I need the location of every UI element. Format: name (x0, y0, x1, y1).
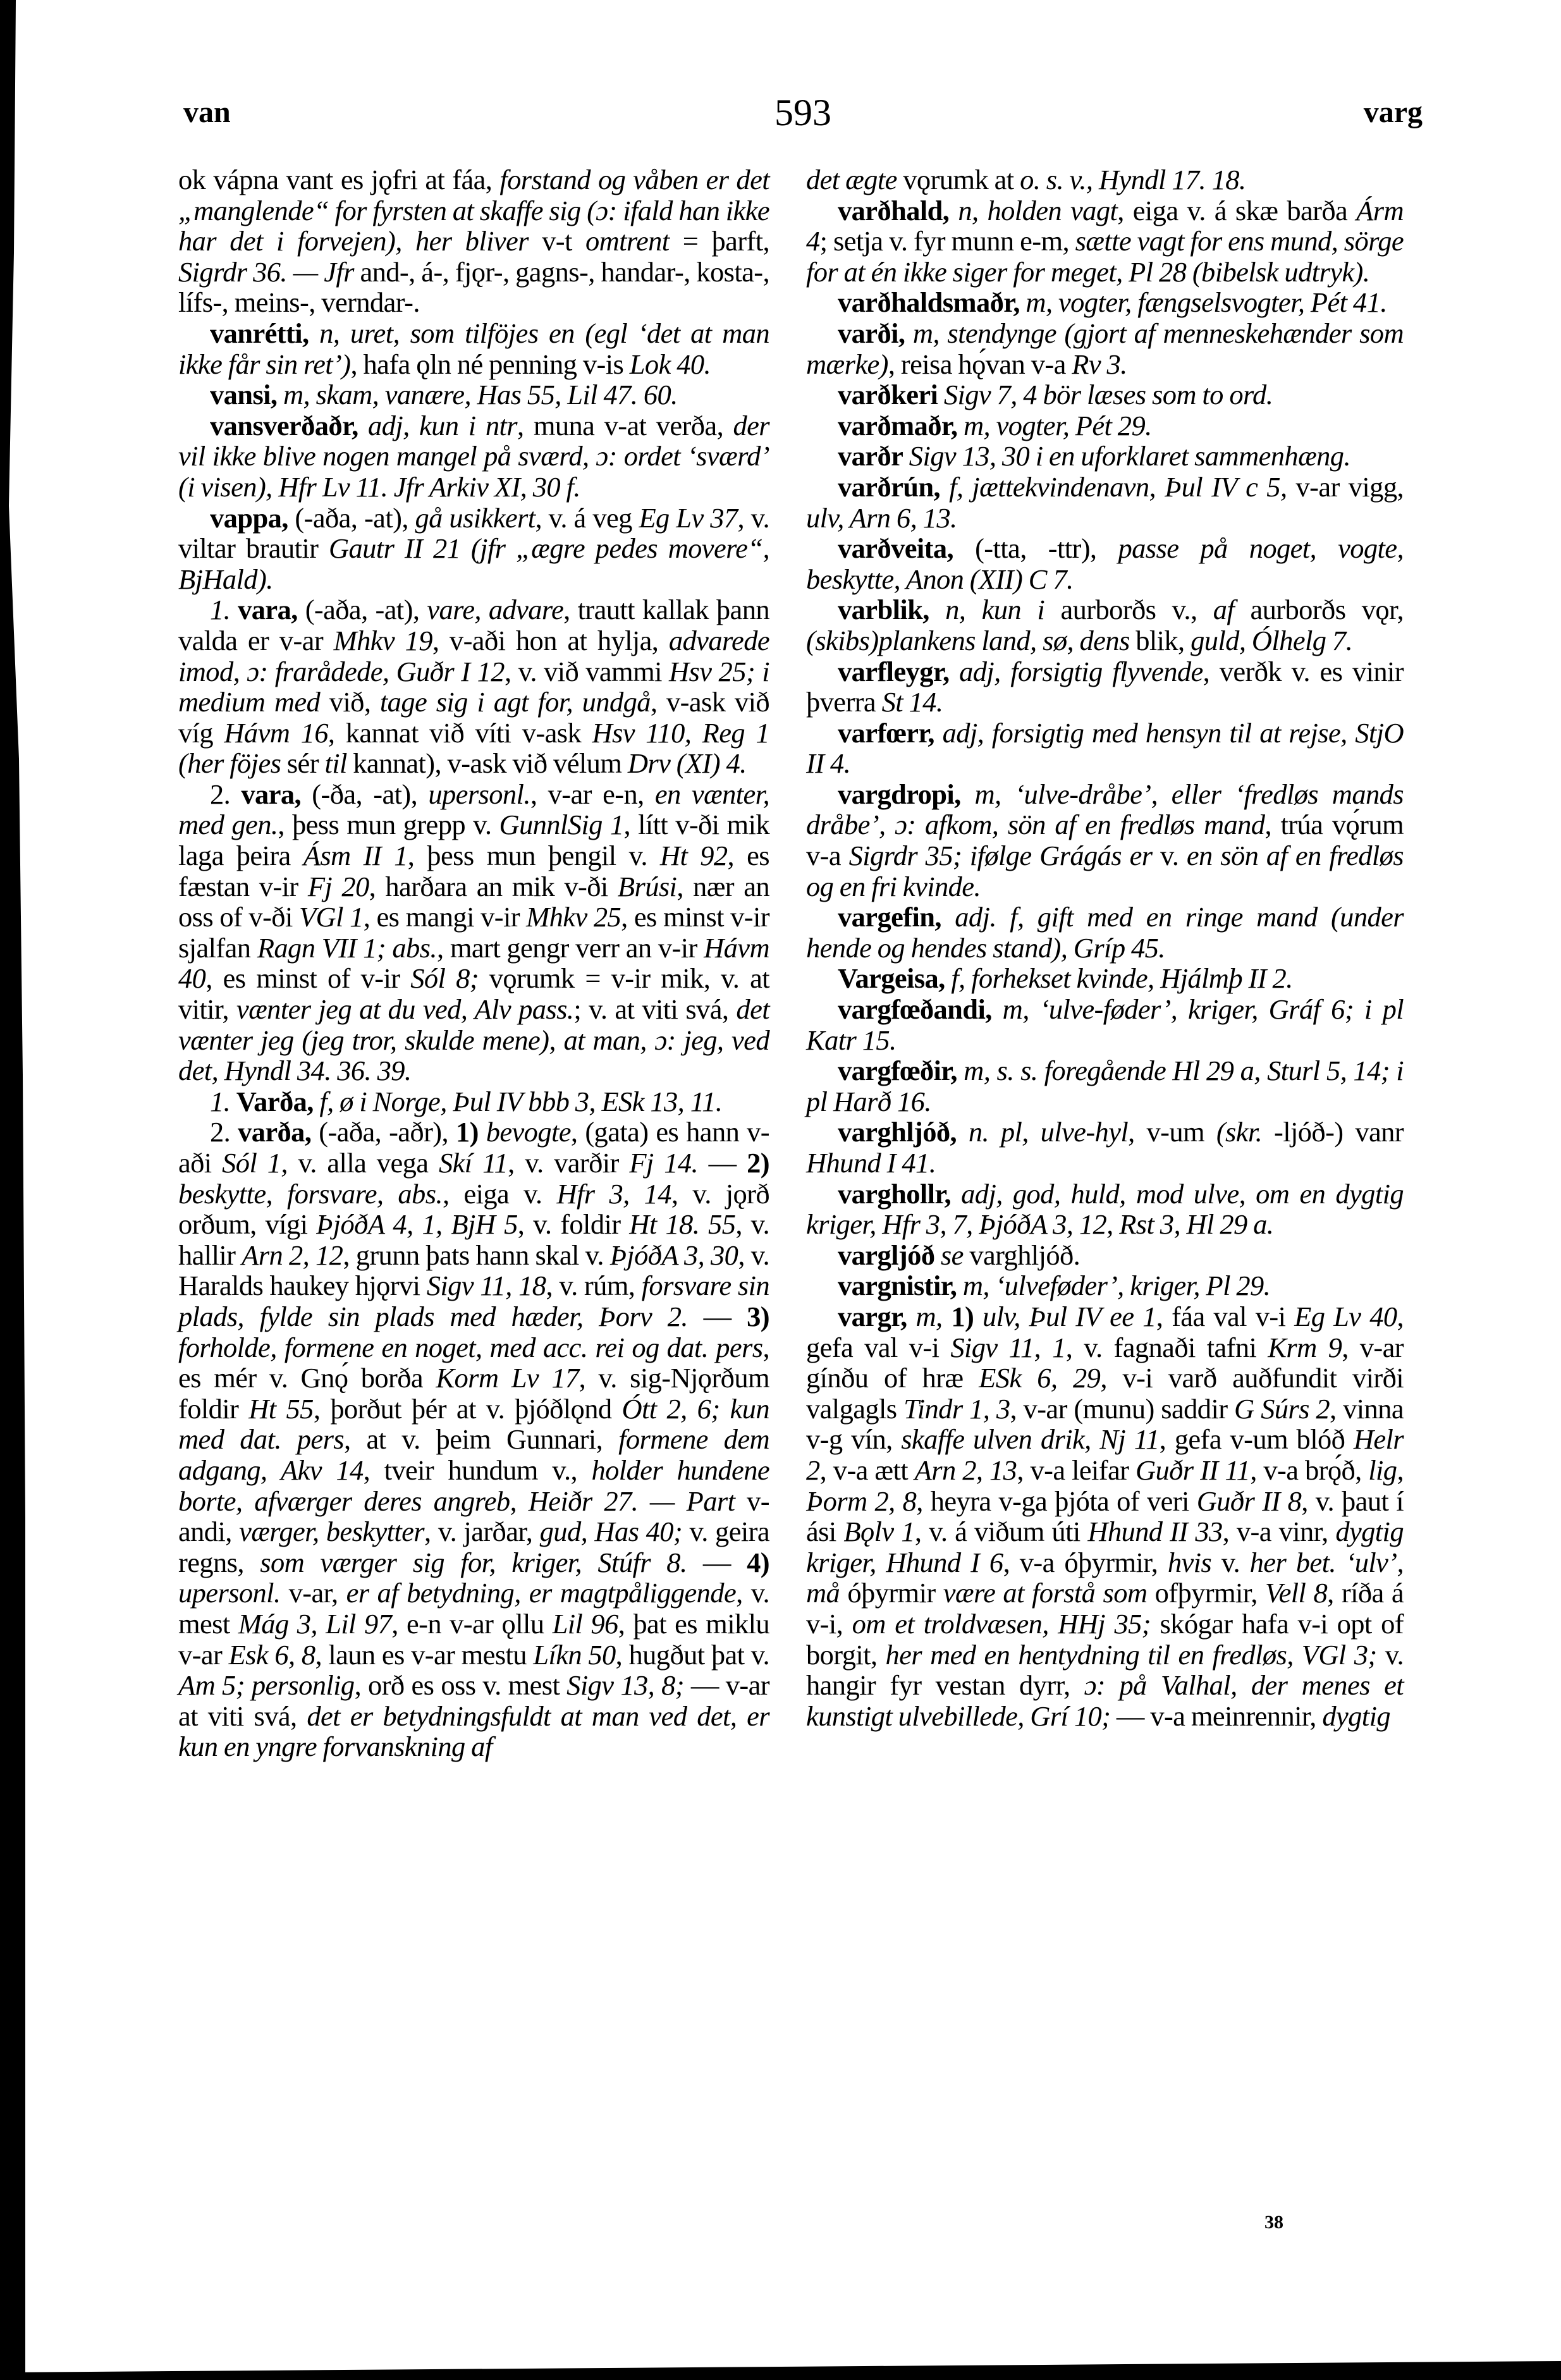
headword: 3) (747, 1301, 769, 1332)
entry-text: — (698, 1147, 747, 1179)
italic-gloss: Rv 3. (1072, 348, 1127, 380)
headword: varðveita, (838, 532, 953, 564)
headword: varfleygr, (838, 656, 949, 687)
headword: varðrún, (838, 471, 940, 503)
entry-text (230, 1086, 236, 1117)
italic-gloss: G Súrs 2 (1234, 1393, 1330, 1425)
italic-gloss: 1. (210, 1086, 230, 1117)
entry-text: , fáa val v-i (1156, 1301, 1294, 1332)
italic-gloss: o. s. v., Hyndl 17. 18. (1020, 164, 1246, 195)
italic-gloss: Ásm II 1 (303, 840, 408, 871)
dictionary-entry: varði, m, stendynge (gjort af menneskehæ… (806, 318, 1404, 379)
headword: vanrétti, (210, 317, 309, 349)
dictionary-column-left: ok vápna vant es jǫfri at fáa, forstand … (178, 164, 769, 1762)
italic-gloss: bevogte (486, 1116, 571, 1148)
entry-text: (-aða, -aðr), (311, 1116, 456, 1148)
entry-text: , v. rúm, (546, 1270, 641, 1301)
dictionary-column-right: det ægte vǫrumk at o. s. v., Hyndl 17. 1… (806, 164, 1404, 1731)
entry-text: , v. foldir (518, 1208, 630, 1240)
italic-gloss: Mág 3, Lil 97 (238, 1608, 391, 1640)
italic-gloss: n, kun i (945, 594, 1044, 625)
headword: vara, (241, 778, 301, 810)
entry-text: , es mangi v-ir (364, 901, 526, 933)
italic-gloss: her med en hentydning til en fredløs, VG… (886, 1639, 1377, 1671)
entry-text (943, 1301, 952, 1332)
italic-gloss: hvis (1168, 1547, 1211, 1578)
entry-text (957, 1270, 963, 1301)
headword: 4) (747, 1547, 769, 1578)
dictionary-entry: Vargeisa, f, forhekset kvinde, Hjálmþ II… (806, 963, 1404, 994)
italic-gloss: n, holden vagt (958, 195, 1117, 226)
entry-text (957, 410, 964, 441)
italic-gloss: Mhkv 19 (334, 625, 432, 656)
italic-gloss: Brúsi (618, 871, 676, 902)
italic-gloss: omtrent (585, 225, 670, 257)
italic-gloss: Líkn 50 (533, 1639, 615, 1671)
italic-gloss: ulv, Arn 6, 13. (806, 502, 957, 534)
entry-text: , eiga v. á skæ barða (1117, 195, 1356, 226)
italic-gloss: GunnlSig 1 (499, 809, 623, 840)
entry-text: 2. (210, 1116, 238, 1148)
dictionary-entry: vansi, m, skam, vanære, Has 55, Lil 47. … (178, 379, 769, 410)
entry-text: 2. (210, 778, 241, 810)
scan-binding-edge (0, 0, 25, 2380)
italic-gloss: se (941, 1239, 964, 1271)
entry-text (934, 1239, 941, 1271)
italic-gloss: Guðr II 8 (1197, 1485, 1302, 1517)
headword: vargfœðandi, (838, 993, 992, 1025)
entry-text: , v-a leifar (1017, 1454, 1136, 1486)
italic-gloss: Drv (XI) 4. (628, 747, 747, 779)
italic-gloss: St 14. (882, 686, 943, 718)
italic-gloss: Mhkv 25 (526, 901, 621, 933)
headword: 2) (747, 1147, 769, 1179)
headword: vargr, (838, 1301, 907, 1332)
italic-gloss: n. pl, ulve-hyl (969, 1116, 1128, 1148)
italic-gloss: m, (915, 1301, 942, 1332)
entry-text (479, 1116, 486, 1148)
italic-gloss: som værger sig for, kriger, Stúfr 8. (260, 1547, 687, 1578)
italic-gloss: Korm Lv 17 (436, 1362, 578, 1394)
italic-gloss: Guðr II 11 (1136, 1454, 1250, 1486)
italic-gloss: Ht 92 (660, 840, 728, 871)
entry-text: sér (281, 747, 324, 779)
entry-text: = þarft, (670, 225, 769, 257)
entry-text: aurborðs vǫr, (1234, 594, 1404, 625)
entry-text: , harðara an mik v-ði (369, 871, 618, 902)
entry-text: v. (1211, 1547, 1250, 1578)
dictionary-entry: varðhaldsmaðr, m, vogter, fængselsvogter… (806, 287, 1404, 318)
italic-gloss: af (1213, 594, 1234, 625)
entry-text: , v. á viðum úti (915, 1516, 1087, 1547)
dictionary-entry: 2. vara, (-ða, -at), upersonl., v-ar e-n… (178, 779, 769, 1086)
italic-gloss: Hfr 3, 14 (556, 1178, 671, 1210)
entry-text: við, (320, 686, 380, 718)
italic-gloss: Sigv 13, 30 i en uforklaret sammenhæng. (909, 440, 1350, 472)
entry-text (974, 1301, 983, 1332)
dictionary-entry: varfleygr, adj, forsigtig flyvende, verð… (806, 656, 1404, 718)
italic-gloss: Fj 14. (629, 1147, 698, 1179)
dictionary-entry: varðkeri Sigv 7, 4 bör læses som to ord. (806, 379, 1404, 410)
italic-gloss: VGl 1 (299, 901, 364, 933)
entry-text: — v-a meinrennir, (1110, 1700, 1322, 1732)
italic-gloss: m, vogter, Pét 29. (964, 410, 1152, 441)
entry-text: v-ar vigg, (1287, 471, 1404, 503)
italic-gloss: Arn 2, 12 (242, 1239, 343, 1271)
entry-continuation: ok vápna vant es jǫfri at fáa, forstand … (178, 164, 769, 318)
entry-text: ; v. at viti svá, (573, 993, 736, 1025)
italic-gloss: Sigv 11, 18 (427, 1270, 546, 1301)
italic-gloss: (skr. (1216, 1116, 1262, 1148)
entry-text (905, 317, 912, 349)
entry-text (929, 594, 945, 625)
entry-text: ; setja v. fyr munn e-m, (820, 225, 1075, 257)
running-head-last-word: varg (1364, 95, 1423, 130)
entry-text (907, 1301, 916, 1332)
entry-text (949, 195, 958, 226)
dictionary-entry: vansverðaðr, adj, kun i ntr, muna v-at v… (178, 410, 769, 503)
headword: varghljóð, (838, 1116, 957, 1148)
dictionary-entry: 1. vara, (-aða, -at), vare, advare, trau… (178, 594, 769, 779)
italic-gloss: Bǫlv 1 (843, 1516, 915, 1547)
headword: vargfœðir, (838, 1055, 957, 1086)
italic-gloss: Esk 6, 8 (229, 1639, 315, 1671)
italic-gloss: er af betydning, er magtpåliggende (346, 1577, 736, 1609)
running-head: van 593 varg (183, 95, 1423, 139)
italic-gloss: Sól 1, (222, 1147, 288, 1179)
page-number: 593 (183, 91, 1423, 135)
headword: vansi, (210, 379, 277, 410)
italic-gloss: Am 5; personlig (178, 1669, 355, 1701)
italic-gloss: Arn 2, 13 (915, 1454, 1017, 1486)
entry-text: ok vápna vant es jǫfri at fáa, (178, 164, 499, 195)
italic-gloss: m, vogter, fængselsvogter, Pét 41. (1025, 286, 1387, 318)
entry-text: , at v. þeim Gunnari, (344, 1423, 618, 1455)
italic-gloss: Sigv 11, 1 (950, 1332, 1065, 1363)
headword: varghollr, (838, 1178, 951, 1210)
entry-text (314, 1086, 320, 1117)
italic-gloss: upersonl. (428, 778, 530, 810)
dictionary-entry: vargfœðir, m, s. s. foregående Hl 29 a, … (806, 1055, 1404, 1117)
signature-mark: 38 (1264, 2212, 1283, 2233)
italic-gloss: vare, advare (427, 594, 563, 625)
entry-text: , es minst of v-ir (205, 962, 410, 994)
entry-text: , muna v-at verða, (517, 410, 733, 441)
italic-gloss: Fj 20 (308, 871, 369, 902)
entry-text: vǫrumk at (897, 164, 1020, 195)
italic-gloss: gud, Has 40; (540, 1516, 683, 1547)
dictionary-entry: vargefin, adj. f, gift med en ringe mand… (806, 902, 1404, 963)
dictionary-entry: vargnistir, m, ‘ulveføder’, kriger, Pl 2… (806, 1270, 1404, 1301)
italic-gloss: adj, kun i ntr (368, 410, 517, 441)
entry-text: — (687, 1547, 747, 1578)
entry-text (1020, 286, 1026, 318)
entry-text: (-aða, -at), (288, 502, 415, 534)
dictionary-entry: varðmaðr, m, vogter, Pét 29. (806, 410, 1404, 441)
italic-gloss: Sól 8; (410, 962, 479, 994)
headword: vargefin, (838, 901, 941, 933)
entry-text (934, 717, 943, 749)
italic-gloss: Eg Lv 40 (1294, 1301, 1397, 1332)
italic-gloss: Lok 40. (630, 348, 711, 380)
dictionary-entry: 1. Varða, f, ø i Norge, Þul IV bbb 3, ES… (178, 1086, 769, 1117)
dictionary-entry: varfœrr, adj, forsigtig med hensyn til a… (806, 718, 1404, 779)
headword: Varða, (236, 1086, 314, 1117)
headword: varðmaðr, (838, 410, 957, 441)
italic-gloss: ESk 6, 29 (979, 1362, 1100, 1394)
entry-text (903, 440, 909, 472)
headword: vara, (238, 594, 298, 625)
dictionary-entry: vanrétti, n, uret, som tilföjes en (egl … (178, 318, 769, 379)
entry-text: (-aða, -at), (298, 594, 427, 625)
entry-text: , þess mun grepp v. (278, 809, 499, 840)
headword: 1) (456, 1116, 479, 1148)
entry-continuation: det ægte vǫrumk at o. s. v., Hyndl 17. 1… (806, 164, 1404, 195)
dictionary-entry: varðveita, (-tta, -ttr), passe på noget,… (806, 533, 1404, 594)
entry-text (992, 993, 1003, 1025)
italic-gloss: Krm 9 (1268, 1332, 1342, 1363)
italic-gloss: m, skam, vanære, Has 55, Lil 47. 60. (283, 379, 678, 410)
dictionary-entry: vargr, m, 1) ulv, Þul IV ee 1, fáa val v… (806, 1301, 1404, 1731)
dictionary-entry: varblik, n, kun i aurborðs v., af aurbor… (806, 594, 1404, 656)
italic-gloss: Sigrdr 36. — Jfr (178, 256, 354, 288)
entry-text: , mart gengr verr an v-ir (437, 932, 704, 964)
italic-gloss: forholde, formene en noget, med acc. rei… (178, 1332, 762, 1363)
entry-text: , v-ar e-n, (530, 778, 655, 810)
italic-gloss: ÞjóðA 4, 1, BjH 5 (316, 1208, 518, 1240)
italic-gloss: Tindr 1, 3 (903, 1393, 1010, 1425)
entry-text: , þorðut þér at v. þjóðlǫnd (314, 1393, 622, 1425)
italic-gloss: Eg Lv 37 (639, 502, 737, 534)
entry-text: v-t (529, 225, 585, 257)
italic-gloss: Ragn VII 1; abs. (257, 932, 437, 964)
entry-text (938, 379, 944, 410)
italic-gloss: skaffe ulven drik, Nj 11 (901, 1423, 1159, 1455)
headword: vargdropi, (838, 778, 961, 810)
dictionary-entry: varðr Sigv 13, 30 i en uforklaret sammen… (806, 441, 1404, 472)
entry-text: , eiga v. (443, 1178, 557, 1210)
italic-gloss: dygtig (1322, 1700, 1390, 1732)
entry-text (309, 317, 319, 349)
entry-text (957, 1055, 964, 1086)
entry-text (961, 778, 975, 810)
italic-gloss: guld, Ólhelg 7. (1191, 625, 1352, 656)
entry-text: v. alla vega (288, 1147, 439, 1179)
entry-text: (-tta, -ttr), (953, 532, 1118, 564)
entry-text (945, 962, 952, 994)
dictionary-entry: varghollr, adj, god, huld, mod ulve, om … (806, 1179, 1404, 1240)
headword: varblik, (838, 594, 929, 625)
entry-text: -ljóð-) vanr (1262, 1116, 1404, 1148)
italic-gloss: Skí 11 (439, 1147, 508, 1179)
entry-text: varghljóð. (964, 1239, 1080, 1271)
headword: varði, (838, 317, 905, 349)
entry-text (951, 1178, 961, 1210)
italic-gloss: det ægte (806, 164, 897, 195)
italic-gloss: (skibs)plankens land, sø, dens (806, 625, 1130, 656)
entry-text: , þess mun þengil v. (408, 840, 660, 871)
entry-text: blik, (1130, 625, 1191, 656)
entry-text: , hafa ǫln né penning v-is (350, 348, 629, 380)
scan-bottom-edge (0, 2361, 1561, 2380)
entry-text (230, 594, 238, 625)
entry-text: , v-ar (munu) saddir (1010, 1393, 1234, 1425)
italic-gloss: ÞjóðA 3, 30 (610, 1239, 738, 1271)
dictionary-entry: 2. varða, (-aða, -aðr), 1) bevogte, (gat… (178, 1117, 769, 1762)
entry-text: , grunn þats hann skal v. (343, 1239, 609, 1271)
entry-text: , v-a vinr, (1223, 1516, 1336, 1547)
headword: vansverðaðr, (210, 410, 358, 441)
italic-gloss: Hhund I 41. (806, 1147, 936, 1179)
entry-text: , gefa v-um blóð (1160, 1423, 1354, 1455)
entry-text: , v-um (1128, 1116, 1216, 1148)
italic-gloss: værger, beskytter (239, 1516, 424, 1547)
italic-gloss: upersonl. (178, 1577, 280, 1609)
entry-text: , hugðut þat v. (616, 1639, 769, 1671)
dictionary-entry: varðhald, n, holden vagt, eiga v. á skæ … (806, 195, 1404, 288)
headword: varðhald, (838, 195, 949, 226)
headword: varðkeri (838, 379, 938, 410)
entry-text: , kannat við víti v-ask (328, 717, 592, 749)
entry-text: (-ða, -at), (301, 778, 428, 810)
entry-text (941, 901, 955, 933)
dictionary-entry: varðrún, f, jættekvindenavn, Þul IV c 5,… (806, 472, 1404, 533)
italic-gloss: Sigv 7, 4 bör læses som to ord. (944, 379, 1273, 410)
entry-text: v-ar, (280, 1577, 346, 1609)
headword: varðr (838, 440, 903, 472)
italic-gloss: Ht 18. 55 (629, 1208, 735, 1240)
italic-gloss: til (324, 747, 346, 779)
entry-text (358, 410, 368, 441)
entry-text: óþyrmir (840, 1577, 943, 1609)
italic-gloss: Hhund II 33 (1087, 1516, 1222, 1547)
italic-gloss: om et troldvæsen, HHj 35; (852, 1608, 1151, 1640)
entry-text: aurborðs v., (1044, 594, 1213, 625)
headword: 1) (951, 1301, 974, 1332)
entry-text: , e-n v-ar ǫllu (391, 1608, 552, 1640)
entry-text: , orð es oss v. mest (355, 1669, 567, 1701)
italic-gloss: vænter jeg at du ved, Alv pass. (236, 993, 573, 1025)
entry-text: , v. við vammi (505, 656, 669, 687)
entry-text: v. (1152, 840, 1186, 871)
entry-text: , v-a ætt (820, 1454, 915, 1486)
italic-gloss: gå usikkert (415, 502, 535, 534)
entry-text: , v-a óþyrmir, (1003, 1547, 1168, 1578)
italic-gloss: Ht 55 (248, 1393, 314, 1425)
italic-gloss: m, ‘ulveføder’, kriger, Pl 29. (963, 1270, 1270, 1301)
italic-gloss: Hávm 16 (224, 717, 328, 749)
entry-text: , reisa hǫ́van v-a (888, 348, 1072, 380)
italic-gloss: beskytte, forsvare, abs. (178, 1178, 443, 1210)
headword: varðhaldsmaðr, (838, 286, 1020, 318)
italic-gloss: Sigv 13, 8; (566, 1669, 684, 1701)
headword: vargnistir, (838, 1270, 957, 1301)
dictionary-entry: vappa, (-aða, -at), gå usikkert, v. á ve… (178, 503, 769, 595)
dictionary-entry: vargljóð se varghljóð. (806, 1240, 1404, 1271)
entry-text: kannat), v-ask við vélum (347, 747, 628, 779)
italic-gloss: Sigrdr 35; ifølge Grágás er (849, 840, 1153, 871)
entry-text: , v-a brǫ́ð, (1250, 1454, 1368, 1486)
italic-gloss: f, jættekvindenavn, Þul IV c 5, (949, 471, 1287, 503)
italic-gloss: Vell 8 (1265, 1577, 1327, 1609)
entry-text: , v. varðir (508, 1147, 629, 1179)
headword: vargljóð (838, 1239, 934, 1271)
entry-text (949, 656, 959, 687)
entry-text: , v. jarðar, (424, 1516, 540, 1547)
italic-gloss: tage sig i agt for, undgå (380, 686, 651, 718)
dictionary-entry: vargfœðandi, m, ‘ulve-føder’, kriger, Gr… (806, 994, 1404, 1055)
italic-gloss: f, ø i Norge, Þul IV bbb 3, ESk 13, 11. (319, 1086, 722, 1117)
italic-gloss: ulv, Þul IV ee 1 (983, 1301, 1156, 1332)
italic-gloss: f, forhekset kvinde, Hjálmþ II 2. (951, 962, 1292, 994)
entry-text: , laun es v-ar mestu (315, 1639, 534, 1671)
entry-text: , v-aði hon at hylja, (432, 625, 669, 656)
entry-text (957, 1116, 969, 1148)
dictionary-entry: vargdropi, m, ‘ulve-dråbe’, eller ‘fredl… (806, 779, 1404, 902)
headword: Vargeisa, (838, 962, 945, 994)
dictionary-entry: varghljóð, n. pl, ulve-hyl, v-um (skr. -… (806, 1117, 1404, 1178)
entry-text: , v. á veg (535, 502, 639, 534)
entry-text: , v. fagnaði tafni (1066, 1332, 1268, 1363)
entry-text (277, 379, 283, 410)
headword: varfœrr, (838, 717, 934, 749)
entry-text: ofþyrmir, (1147, 1577, 1265, 1609)
italic-gloss: 1. (210, 594, 230, 625)
entry-text: — (688, 1301, 747, 1332)
italic-gloss: adj, forsigtig flyvende (959, 656, 1203, 687)
headword: varða, (238, 1116, 311, 1148)
entry-text (940, 471, 949, 503)
entry-text: , tveir hundum v., (364, 1454, 592, 1486)
italic-gloss: Lil 96 (553, 1608, 618, 1640)
entry-text: , heyra v-ga þjóta of veri (916, 1485, 1196, 1517)
italic-gloss: være at forstå som (943, 1577, 1148, 1609)
headword: vappa, (210, 502, 288, 534)
